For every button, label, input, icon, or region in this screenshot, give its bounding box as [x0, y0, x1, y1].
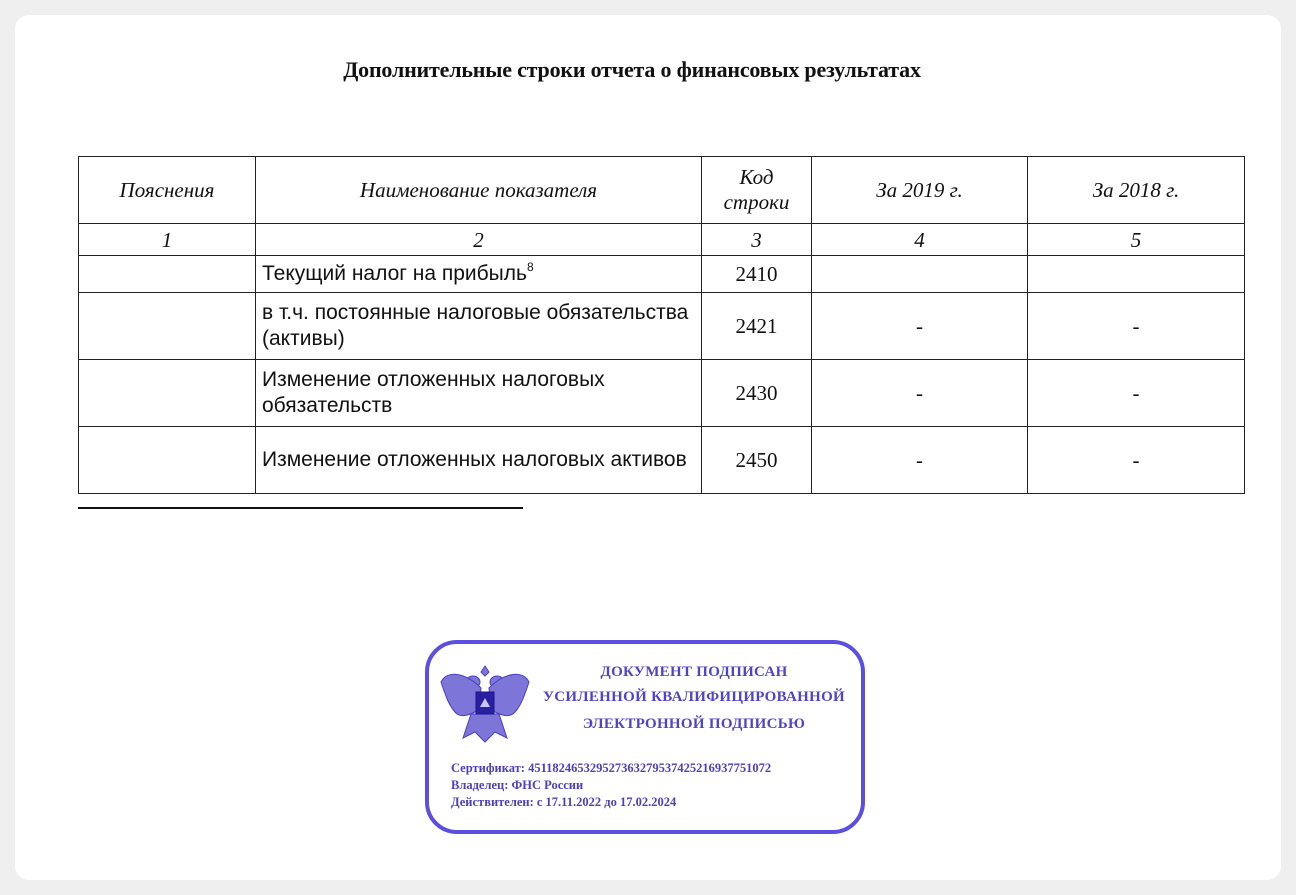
table-row: Изменение отложенных налоговых активов 2… [79, 427, 1245, 494]
col-num: 1 [79, 224, 256, 256]
stamp-line-1: ДОКУМЕНТ ПОДПИСАН [529, 664, 859, 681]
cell-2019 [812, 256, 1028, 293]
header-line-code: Кодстроки [702, 157, 812, 224]
cell-2018: - [1028, 360, 1245, 427]
stamp-validity: Действителен: с 17.11.2022 до 17.02.2024 [451, 795, 676, 810]
column-number-row: 1 2 3 4 5 [79, 224, 1245, 256]
header-notes: Пояснения [79, 157, 256, 224]
table-row: Текущий налог на прибыль8 2410 [79, 256, 1245, 293]
col-num: 3 [702, 224, 812, 256]
cell-note [79, 427, 256, 494]
russian-coat-of-arms-icon [435, 652, 535, 752]
footnote-separator [78, 507, 523, 509]
footnote-mark: 8 [527, 260, 534, 274]
header-2019: За 2019 г. [812, 157, 1028, 224]
row-name-text: Текущий налог на прибыль [262, 262, 527, 285]
cell-2019: - [812, 360, 1028, 427]
cell-2019: - [812, 427, 1028, 494]
stamp-certificate: Сертификат: 4511824653295273632795374252… [451, 761, 771, 776]
col-num: 2 [256, 224, 702, 256]
cell-code: 2430 [702, 360, 812, 427]
cell-2018 [1028, 256, 1245, 293]
cell-2018: - [1028, 293, 1245, 360]
page-title: Дополнительные строки отчета о финансовы… [15, 57, 1249, 83]
stamp-line-3: ЭЛЕКТРОННОЙ ПОДПИСЬЮ [529, 716, 859, 733]
table-header-row: Пояснения Наименование показателя Кодстр… [79, 157, 1245, 224]
header-2018: За 2018 г. [1028, 157, 1245, 224]
cell-note [79, 293, 256, 360]
cell-name: в т.ч. постоянные налоговые обязательств… [256, 293, 702, 360]
table-row: в т.ч. постоянные налоговые обязательств… [79, 293, 1245, 360]
cell-note [79, 360, 256, 427]
cell-code: 2450 [702, 427, 812, 494]
cell-note [79, 256, 256, 293]
col-num: 4 [812, 224, 1028, 256]
col-num: 5 [1028, 224, 1245, 256]
cell-name: Изменение отложенных налоговых активов [256, 427, 702, 494]
table-row: Изменение отложенных налоговых обязатель… [79, 360, 1245, 427]
cell-name: Текущий налог на прибыль8 [256, 256, 702, 293]
header-line-code-l1: Код [740, 165, 774, 189]
stamp-line-2: УСИЛЕННОЙ КВАЛИФИЦИРОВАННОЙ [529, 689, 859, 706]
cell-code: 2421 [702, 293, 812, 360]
e-signature-stamp: ДОКУМЕНТ ПОДПИСАН УСИЛЕННОЙ КВАЛИФИЦИРОВ… [425, 640, 865, 834]
cell-code: 2410 [702, 256, 812, 293]
cell-name: Изменение отложенных налоговых обязатель… [256, 360, 702, 427]
cell-2018: - [1028, 427, 1245, 494]
stamp-owner: Владелец: ФНС России [451, 778, 583, 793]
header-indicator-name: Наименование показателя [256, 157, 702, 224]
cell-2019: - [812, 293, 1028, 360]
header-line-code-l2: строки [724, 190, 790, 214]
report-table: Пояснения Наименование показателя Кодстр… [78, 156, 1245, 494]
